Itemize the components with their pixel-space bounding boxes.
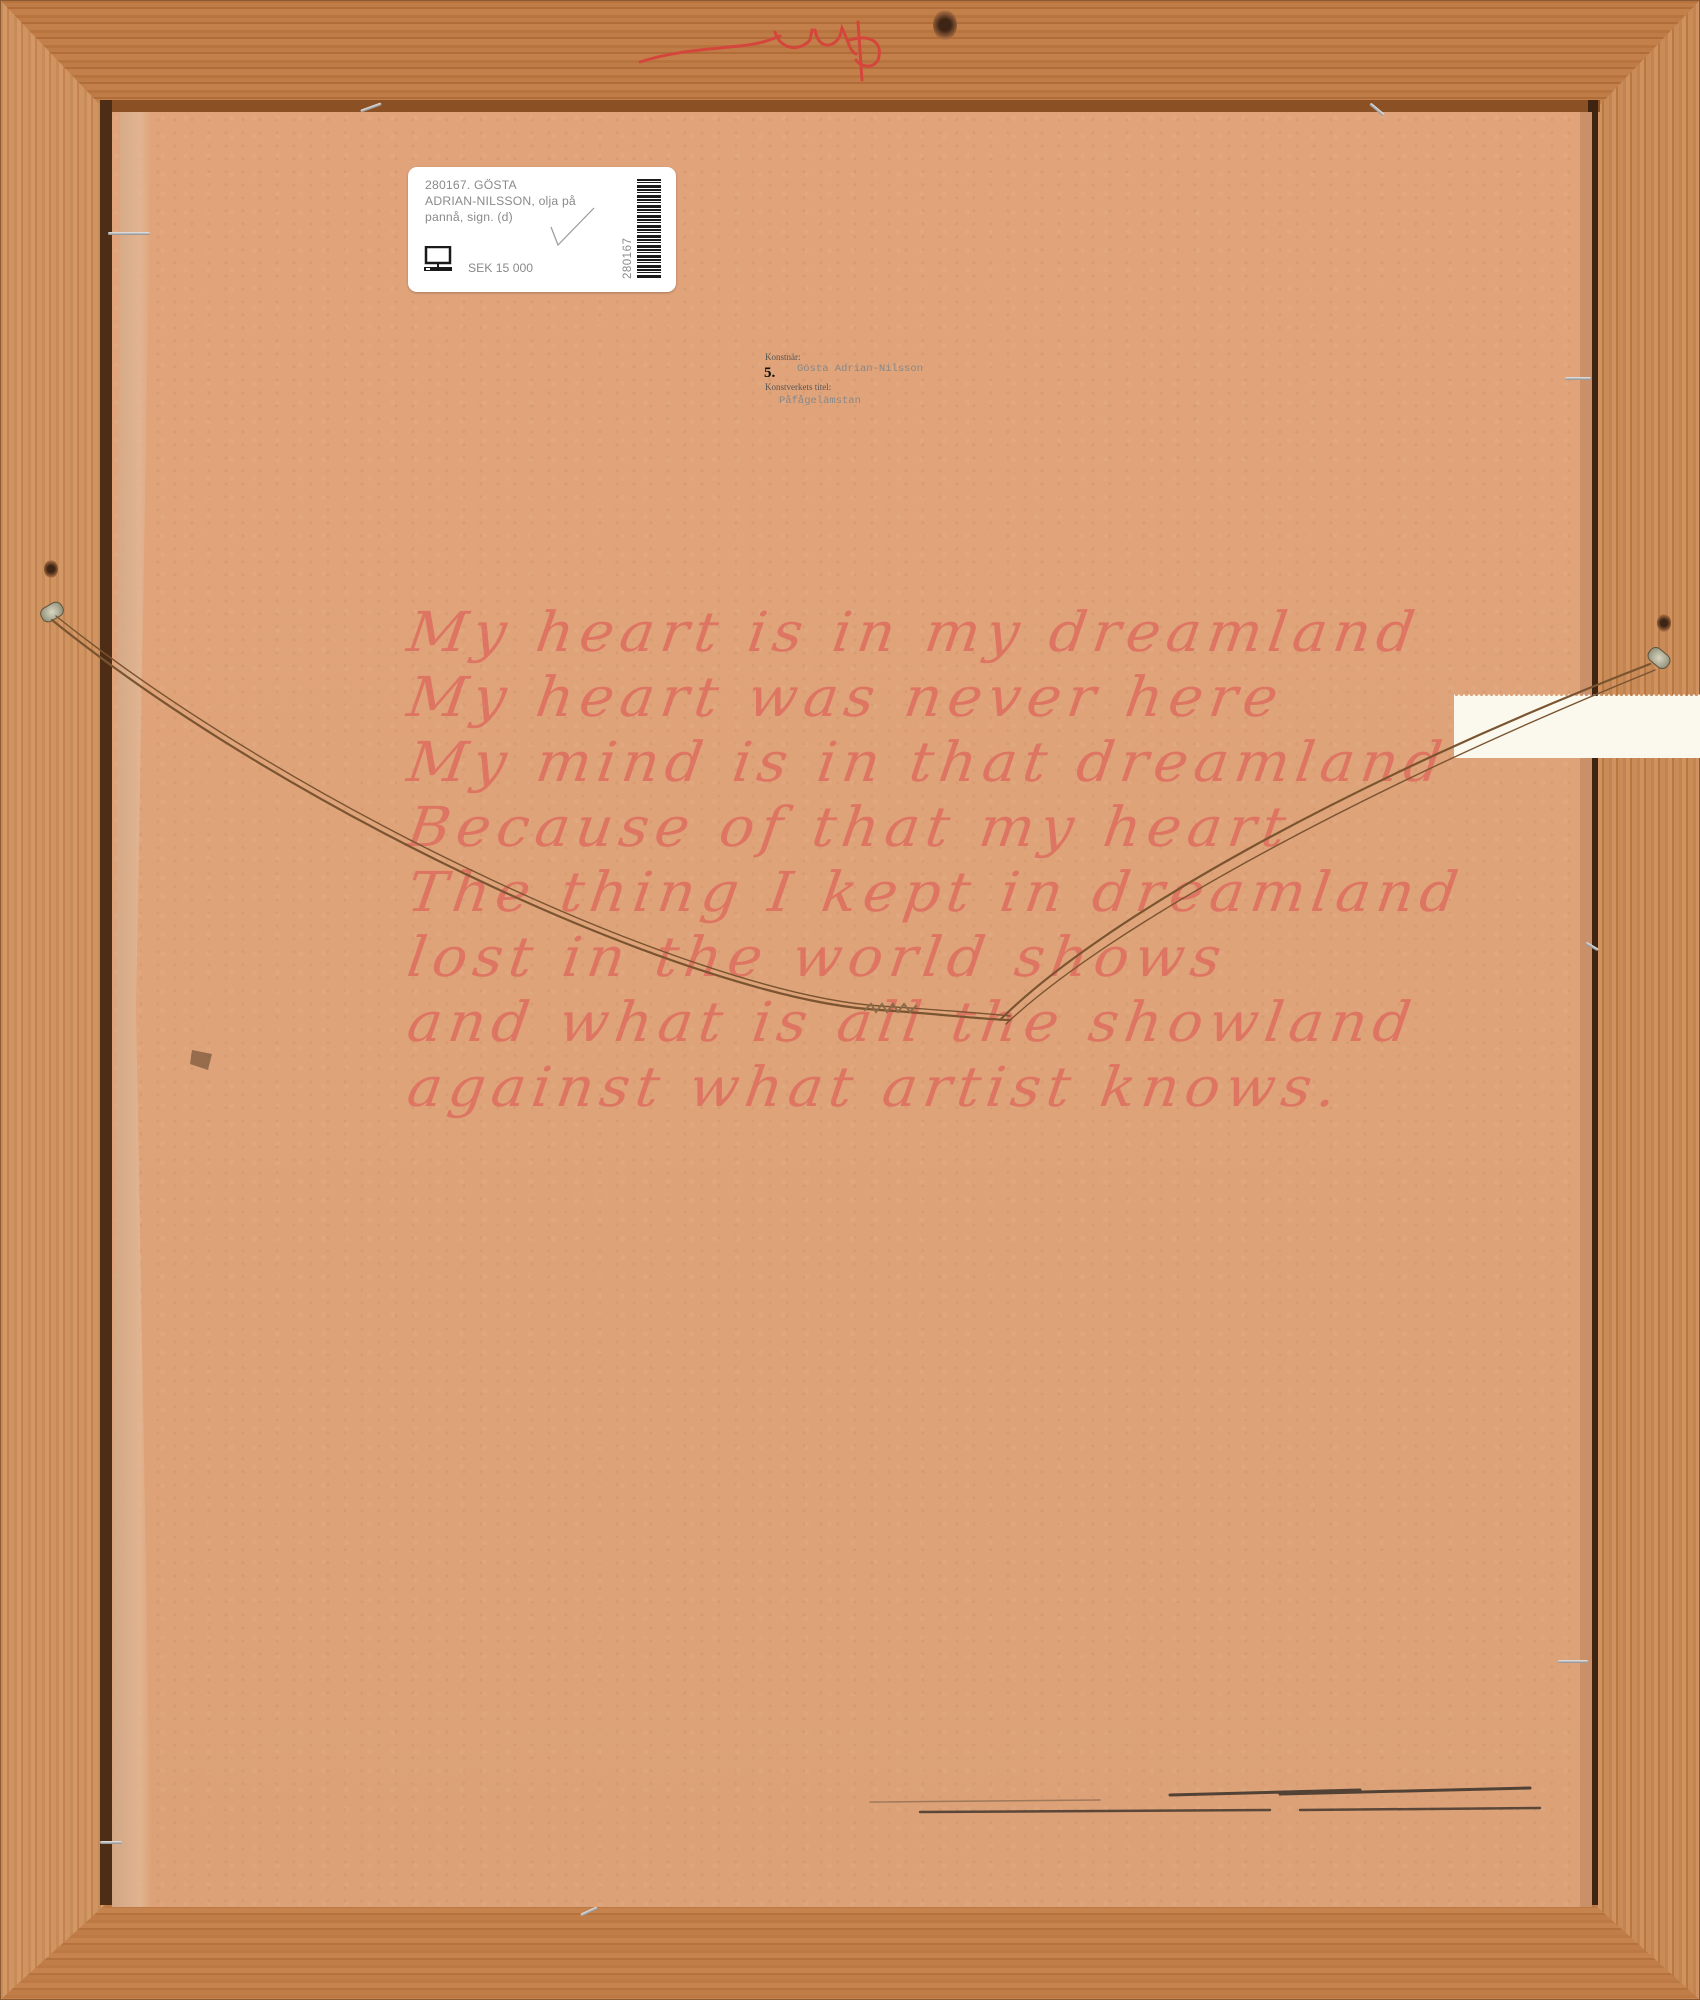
artwork-title: Påfågelämstan	[779, 395, 861, 407]
exhibition-label-paper	[1454, 694, 1700, 758]
wood-knot	[933, 10, 957, 40]
check-mark-icon	[548, 205, 598, 253]
frame-bottom-rail	[0, 1905, 1700, 2000]
auction-price: SEK 15 000	[468, 261, 533, 275]
poem-line: The thing I kept in dreamland	[404, 862, 1463, 924]
staple	[1565, 377, 1591, 380]
auction-label: 280167. GÖSTA ADRIAN-NILSSON, olja på pa…	[408, 167, 676, 292]
frame-top-rail	[0, 0, 1700, 115]
poem-line: and what is all the showland	[404, 992, 1463, 1054]
poem-line: My heart was never here	[404, 667, 1463, 729]
exhibit-number: 5.	[764, 365, 775, 382]
wood-knot	[1657, 614, 1671, 632]
frame-rabbet-left	[100, 100, 112, 1905]
barcode	[637, 179, 661, 279]
frame-right-stile	[1595, 0, 1700, 2000]
frame-left-stile	[0, 0, 105, 2000]
poem-line: My heart is in my dreamland	[404, 602, 1463, 664]
exhibition-label: Konstnär: 5. Gösta Adrian-Nilsson Konstv…	[727, 347, 982, 411]
poem-line: lost in the world shows	[404, 927, 1463, 989]
staple	[1558, 1660, 1588, 1663]
staple	[100, 1841, 122, 1844]
artist-field-label: Konstnär:	[765, 352, 801, 362]
wood-knot	[44, 560, 58, 578]
auction-lot-line: 280167. GÖSTA	[425, 177, 615, 193]
poem-line: My mind is in that dreamland	[404, 732, 1463, 794]
title-field-label: Konstverkets titel:	[765, 382, 831, 392]
poem-line: Because of that my heart	[404, 797, 1463, 859]
handwritten-poem: My heart is in my dreamland My heart was…	[408, 600, 1458, 1120]
barcode-number: 280167	[622, 238, 634, 279]
artist-name: Gösta Adrian-Nilsson	[797, 363, 923, 375]
computer-monitor-icon	[424, 246, 452, 272]
staple	[108, 232, 150, 235]
board-right-edge	[1580, 112, 1592, 1907]
poem-line: against what artist knows.	[404, 1057, 1463, 1119]
